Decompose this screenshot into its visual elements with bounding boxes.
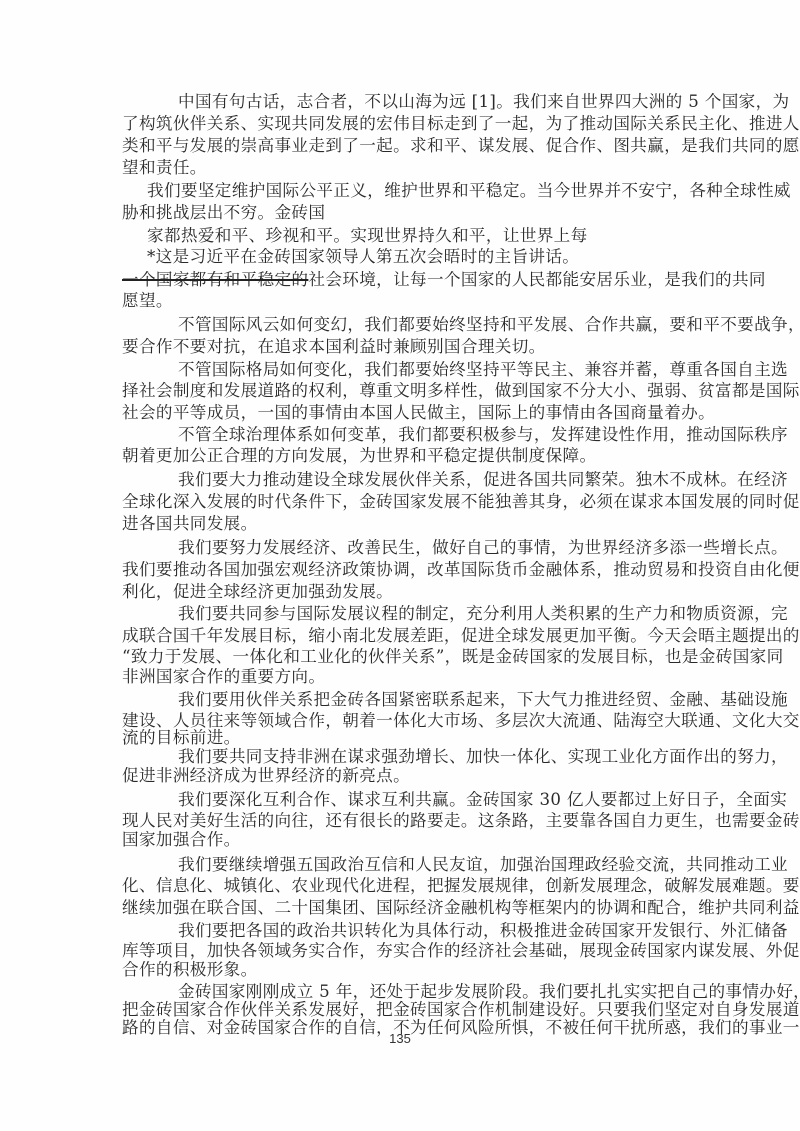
text-line: 了构筑伙伴关系、实现共同发展的宏伟目标走到了一起，为了推动国际关系民主化、推进人 bbox=[122, 114, 682, 134]
text-line: 进各国共同发展。 bbox=[122, 514, 682, 534]
text-line: 我们要深化互利合作、谋求互利共赢。金砖国家 30 亿人要都过上好日子，全面实 bbox=[178, 790, 682, 810]
text-line: 我们要大力推动建设全球发展伙伴关系，促进各国共同繁荣。独木不成林。在经济 bbox=[178, 470, 682, 490]
text-line: 愿望。 bbox=[122, 291, 682, 311]
text-line: 利化，促进全球经济更加强劲发展。 bbox=[122, 582, 682, 602]
text-line: 择社会制度和发展道路的权利，尊重文明多样性，做到国家不分大小、强弱、贫富都是国际 bbox=[122, 381, 682, 401]
text-line: 我们要共同支持非洲在谋求强劲增长、加快一体化、实现工业化方面作出的努力， bbox=[178, 747, 682, 767]
line-text: 社会环境，让每一个国家的人民都能安居乐业，是我们的共同 bbox=[308, 270, 765, 289]
text-line: 我们要坚定维护国际公平正义，维护世界和平稳定。当今世界并不安宁，各种全球性威 bbox=[147, 181, 682, 201]
struck-text: 一个国家都有和平稳定的 bbox=[122, 270, 308, 289]
text-line: 合作的积极形象。 bbox=[122, 960, 682, 980]
document-page: 中国有句古话，志合者，不以山海为远 [1]。我们来自世界四大洲的 5 个国家，为… bbox=[0, 0, 800, 1131]
text-line: 全球化深入发展的时代条件下，金砖国家发展不能独善其身，必须在谋求本国发展的同时促 bbox=[122, 492, 682, 512]
text-line: 我们要继续增强五国政治互信和人民友谊，加强治国理政经验交流，共同推动工业 bbox=[178, 855, 682, 875]
text-line: *这是习近平在金砖国家领导人第五次会晤时的主旨讲话。 bbox=[147, 247, 682, 267]
text-line: 金砖国家刚刚成立 5 年，还处于起步发展阶段。我们要扎扎实实把自己的事情办好， bbox=[178, 982, 682, 1002]
text-line: 不管国际风云如何变幻，我们都要始终坚持和平发展、合作共赢，要和平不要战争， bbox=[178, 315, 682, 335]
text-line: 不管国际格局如何变化，我们都要始终坚持平等民主、兼容并蓄，尊重各国自主选 bbox=[178, 360, 682, 380]
text-line: 类和平与发展的崇高事业走到了一起。求和平、谋发展、促合作、图共赢，是我们共同的愿 bbox=[122, 136, 682, 156]
text-line: 成联合国千年发展目标，缩小南北发展差距，促进全球发展更加平衡。今天会晤主题提出的 bbox=[122, 626, 682, 646]
text-line: 继续加强在联合国、二十国集团、国际经济金融机构等框架内的协调和配合，维护共同利益… bbox=[122, 898, 682, 918]
text-line: 库等项目，加快各领域务实合作，夯实合作的经济社会基础，展现金砖国家内谋发展、外促 bbox=[122, 941, 682, 961]
text-line: 化、信息化、城镇化、农业现代化进程，把握发展规律，创新发展理念，破解发展难题。要 bbox=[122, 876, 682, 896]
text-line: 流的目标前进。 bbox=[122, 728, 682, 748]
text-line: 我们要用伙伴关系把金砖各国紧密联系起来，下大气力推进经贸、金融、基础设施 bbox=[178, 690, 682, 710]
text-line: 朝着更加公正合理的方向发展，为世界和平稳定提供制度保障。 bbox=[122, 446, 682, 466]
text-line: 国家加强合作。 bbox=[122, 830, 682, 850]
text-line: 胁和挑战层出不穷。金砖国 bbox=[122, 203, 682, 223]
text-line: 我们要推动各国加强宏观经济政策协调，改革国际货币金融体系，推动贸易和投资自由化便 bbox=[122, 560, 682, 580]
text-line: 中国有句古话，志合者，不以山海为远 [1]。我们来自世界四大洲的 5 个国家，为 bbox=[178, 92, 682, 112]
text-line: 把金砖国家合作伙伴关系发展好，把金砖国家合作机制建设好。只要我们坚定对自身发展道 bbox=[122, 1000, 682, 1020]
text-line: 我们要把各国的政治共识转化为具体行动，积极推进金砖国家开发银行、外汇储备 bbox=[178, 921, 682, 941]
text-line: 望和责任。 bbox=[122, 158, 682, 178]
text-line: 家都热爱和平、珍视和平。实现世界持久和平，让世界上每 bbox=[147, 226, 682, 246]
text-line: “致力于发展、一体化和工业化的伙伴关系”，既是金砖国家的发展目标，也是金砖国家同 bbox=[122, 647, 682, 667]
text-line: 不管全球治理体系如何变革，我们都要积极参与，发挥建设性作用，推动国际秩序 bbox=[178, 425, 682, 445]
text-line-strikethrough: 一个国家都有和平稳定的社会环境，让每一个国家的人民都能安居乐业，是我们的共同 bbox=[122, 270, 682, 290]
text-line: 现人民对美好生活的向往，还有很长的路要走。这条路，主要靠各国自力更生，也需要金砖 bbox=[122, 811, 682, 831]
page-number: 135 bbox=[0, 1031, 800, 1046]
text-line: 非洲国家合作的重要方向。 bbox=[122, 667, 682, 687]
text-line: 我们要共同参与国际发展议程的制定，充分利用人类积累的生产力和物质资源，完 bbox=[178, 604, 682, 624]
text-line: 促进非洲经济成为世界经济的新亮点。 bbox=[122, 766, 682, 786]
text-line: 社会的平等成员，一国的事情由本国人民做主，国际上的事情由各国商量着办。 bbox=[122, 403, 682, 423]
text-line: 我们要努力发展经济、改善民生，做好自己的事情，为世界经济多添一些增长点。 bbox=[178, 538, 682, 558]
text-line: 要合作不要对抗，在追求本国利益时兼顾别国合理关切。 bbox=[122, 337, 682, 357]
